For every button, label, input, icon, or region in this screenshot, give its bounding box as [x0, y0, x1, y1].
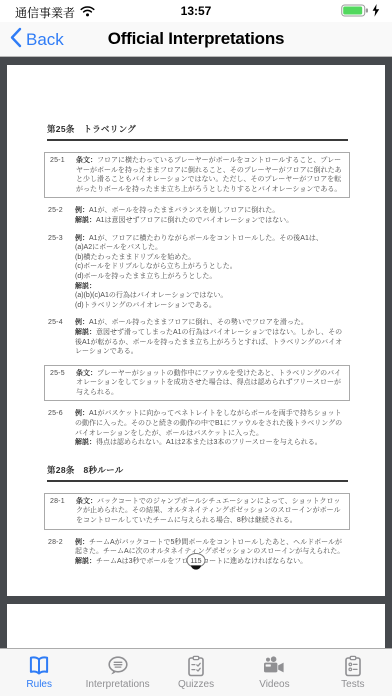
- pdf-page-2: [7, 604, 385, 648]
- item-line: 解説：A1は意図せずフロアに倒れたのでバイオレーションではない。: [75, 216, 348, 226]
- item-label: 解説：: [75, 439, 96, 446]
- document-section: 第25条 トラベリング25-1条文：フロアに横たわっているプレーヤーがボールをコ…: [47, 123, 348, 448]
- item-line: 解説：意図せず滑ってしまったA1の行為はバイオレーションではない。しかし、その後…: [75, 328, 348, 357]
- item-body: 条文：フロアに横たわっているプレーヤーがボールをコントロールすること、プレーヤー…: [76, 156, 344, 194]
- item-label: 条文：: [76, 157, 97, 164]
- tab-quizzes[interactable]: Quizzes: [157, 649, 235, 696]
- item-line: (d)トラベリングのバイオレーションである。: [75, 301, 348, 311]
- item-label: 例：: [75, 207, 89, 214]
- item-line: (a)A2にボールをパスした。: [75, 243, 348, 253]
- battery-icon: [341, 4, 369, 22]
- item-line: (c)ボールをドリブルしながら立ち上がろうとした。: [75, 262, 348, 272]
- speech-bubble-icon: [105, 653, 131, 679]
- item-label: 解説：: [75, 329, 96, 336]
- page-number-badge: 115: [184, 552, 208, 580]
- quiz-clipboard-icon: [183, 653, 209, 679]
- tab-rules[interactable]: Rules: [0, 649, 78, 696]
- status-bar: 通信事業者 13:57: [0, 0, 392, 22]
- chevron-left-icon: [9, 27, 22, 53]
- tab-label: Rules: [26, 679, 52, 690]
- rule-example-item: 25-4例：A1が、ボール持ったままフロアに倒れ、その勢いでフロアを滑った。解説…: [47, 318, 348, 356]
- item-body: 例：A1が、ボール持ったままフロアに倒れ、その勢いでフロアを滑った。解説：意図せ…: [75, 318, 348, 356]
- rule-example-item: 25-2例：A1が、ボールを持ったままバランスを崩しフロアに倒れた。解説：A1は…: [47, 206, 348, 225]
- item-label: 例：: [75, 410, 89, 417]
- item-line: 解説：チームAは3秒でボールをフロントコートに進めなければならない。: [75, 557, 348, 567]
- item-number: 28-1: [50, 497, 65, 507]
- page-separator: [7, 596, 385, 604]
- item-line: 条文：バックコートでのジャンプボールシチュエーションによって、ショットクロックが…: [76, 497, 344, 526]
- tab-label: Quizzes: [178, 679, 214, 690]
- pdf-scroll-view[interactable]: 第25条 トラベリング25-1条文：フロアに横たわっているプレーヤーがボールをコ…: [0, 57, 392, 648]
- back-button[interactable]: Back: [9, 27, 64, 53]
- item-body: 条文：プレーヤーがショットの動作中にファウルを受けたあと、トラベリングのバイオレ…: [76, 369, 344, 398]
- navigation-bar: Back Official Interpretations: [0, 22, 392, 57]
- rule-statement-box: 25-5条文：プレーヤーがショットの動作中にファウルを受けたあと、トラベリングの…: [44, 365, 350, 402]
- item-line: (d)ボールを持ったまま立ち上がろうとした。: [75, 272, 348, 282]
- tab-videos[interactable]: Videos: [235, 649, 313, 696]
- item-line: 条文：プレーヤーがショットの動作中にファウルを受けたあと、トラベリングのバイオレ…: [76, 369, 344, 398]
- item-line: 例：A1がバスケットに向かってペネトレイトをしながらボールを両手で持ちショットの…: [75, 409, 348, 438]
- item-label: 条文：: [76, 370, 97, 377]
- rule-statement-box: 28-1条文：バックコートでのジャンプボールシチュエーションによって、ショットク…: [44, 493, 350, 530]
- item-line: 解説：: [75, 282, 348, 292]
- tab-label: Tests: [341, 679, 364, 690]
- item-line: 条文：フロアに横たわっているプレーヤーがボールをコントロールすること、プレーヤー…: [76, 156, 344, 194]
- document-content: 第25条 トラベリング25-1条文：フロアに横たわっているプレーヤーがボールをコ…: [47, 123, 348, 574]
- item-label: 解説：: [75, 558, 96, 565]
- tab-bar: RulesInterpretationsQuizzesVideosTests: [0, 648, 392, 696]
- book-icon: [26, 653, 52, 679]
- item-body: 例：A1が、ボールを持ったままバランスを崩しフロアに倒れた。解説：A1は意図せず…: [75, 206, 348, 225]
- item-number: 28-2: [48, 538, 63, 548]
- tab-label: Interpretations: [86, 679, 150, 690]
- clock: 13:57: [0, 4, 392, 18]
- section-heading: 第25条 トラベリング: [47, 123, 348, 141]
- battery-status: [341, 4, 380, 22]
- test-clipboard-icon: [340, 653, 366, 679]
- item-line: 例：A1が、フロアに横たわりながらボールをコントロールした。その後A1は、: [75, 234, 348, 244]
- item-label: 解説：: [75, 217, 96, 224]
- item-number: 25-6: [48, 409, 63, 419]
- item-number: 25-4: [48, 318, 63, 328]
- tab-tests[interactable]: Tests: [314, 649, 392, 696]
- tab-interpretations[interactable]: Interpretations: [78, 649, 156, 696]
- pdf-page-1: 第25条 トラベリング25-1条文：フロアに横たわっているプレーヤーがボールをコ…: [7, 65, 385, 596]
- item-label: 例：: [75, 319, 89, 326]
- rule-example-item: 25-3例：A1が、フロアに横たわりながらボールをコントロールした。その後A1は…: [47, 234, 348, 311]
- item-number: 25-5: [50, 369, 65, 379]
- tab-label: Videos: [259, 679, 289, 690]
- rule-example-item: 25-6例：A1がバスケットに向かってペネトレイトをしながらボールを両手で持ちシ…: [47, 409, 348, 447]
- item-body: 例：チームAがバックコートで5秒間ボールをコントロールしたあと、ヘルドボールが起…: [75, 538, 348, 567]
- rule-statement-box: 25-1条文：フロアに横たわっているプレーヤーがボールをコントロールすること、プ…: [44, 152, 350, 198]
- item-label: 例：: [75, 539, 89, 546]
- svg-text:115: 115: [190, 558, 201, 565]
- back-button-label: Back: [26, 30, 64, 50]
- video-camera-icon: [261, 653, 287, 679]
- item-label: 例：: [75, 235, 89, 242]
- item-line: 例：A1が、ボールを持ったままバランスを崩しフロアに倒れた。: [75, 206, 348, 216]
- item-line: 解説：得点は認められない。A1は2本または3本のフリースローを与えられる。: [75, 438, 348, 448]
- section-heading: 第28条 8秒ルール: [47, 464, 348, 482]
- item-body: 条文：バックコートでのジャンプボールシチュエーションによって、ショットクロックが…: [76, 497, 344, 526]
- item-label: 解説：: [75, 283, 96, 290]
- item-label: 条文：: [76, 498, 97, 505]
- item-line: 例：A1が、ボール持ったままフロアに倒れ、その勢いでフロアを滑った。: [75, 318, 348, 328]
- item-body: 例：A1が、フロアに横たわりながらボールをコントロールした。その後A1は、(a)…: [75, 234, 348, 311]
- item-line: (a)(b)(c)A1の行為はバイオレーションではない。: [75, 291, 348, 301]
- charging-bolt-icon: [372, 4, 380, 22]
- item-number: 25-2: [48, 206, 63, 216]
- item-line: 例：チームAがバックコートで5秒間ボールをコントロールしたあと、ヘルドボールが起…: [75, 538, 348, 557]
- item-number: 25-1: [50, 156, 65, 166]
- page-title: Official Interpretations: [108, 29, 285, 49]
- app-window: 通信事業者 13:57: [0, 0, 392, 696]
- item-number: 25-3: [48, 234, 63, 244]
- item-line: (b)横たわったままドリブルを始めた。: [75, 253, 348, 263]
- item-body: 例：A1がバスケットに向かってペネトレイトをしながらボールを両手で持ちショットの…: [75, 409, 348, 447]
